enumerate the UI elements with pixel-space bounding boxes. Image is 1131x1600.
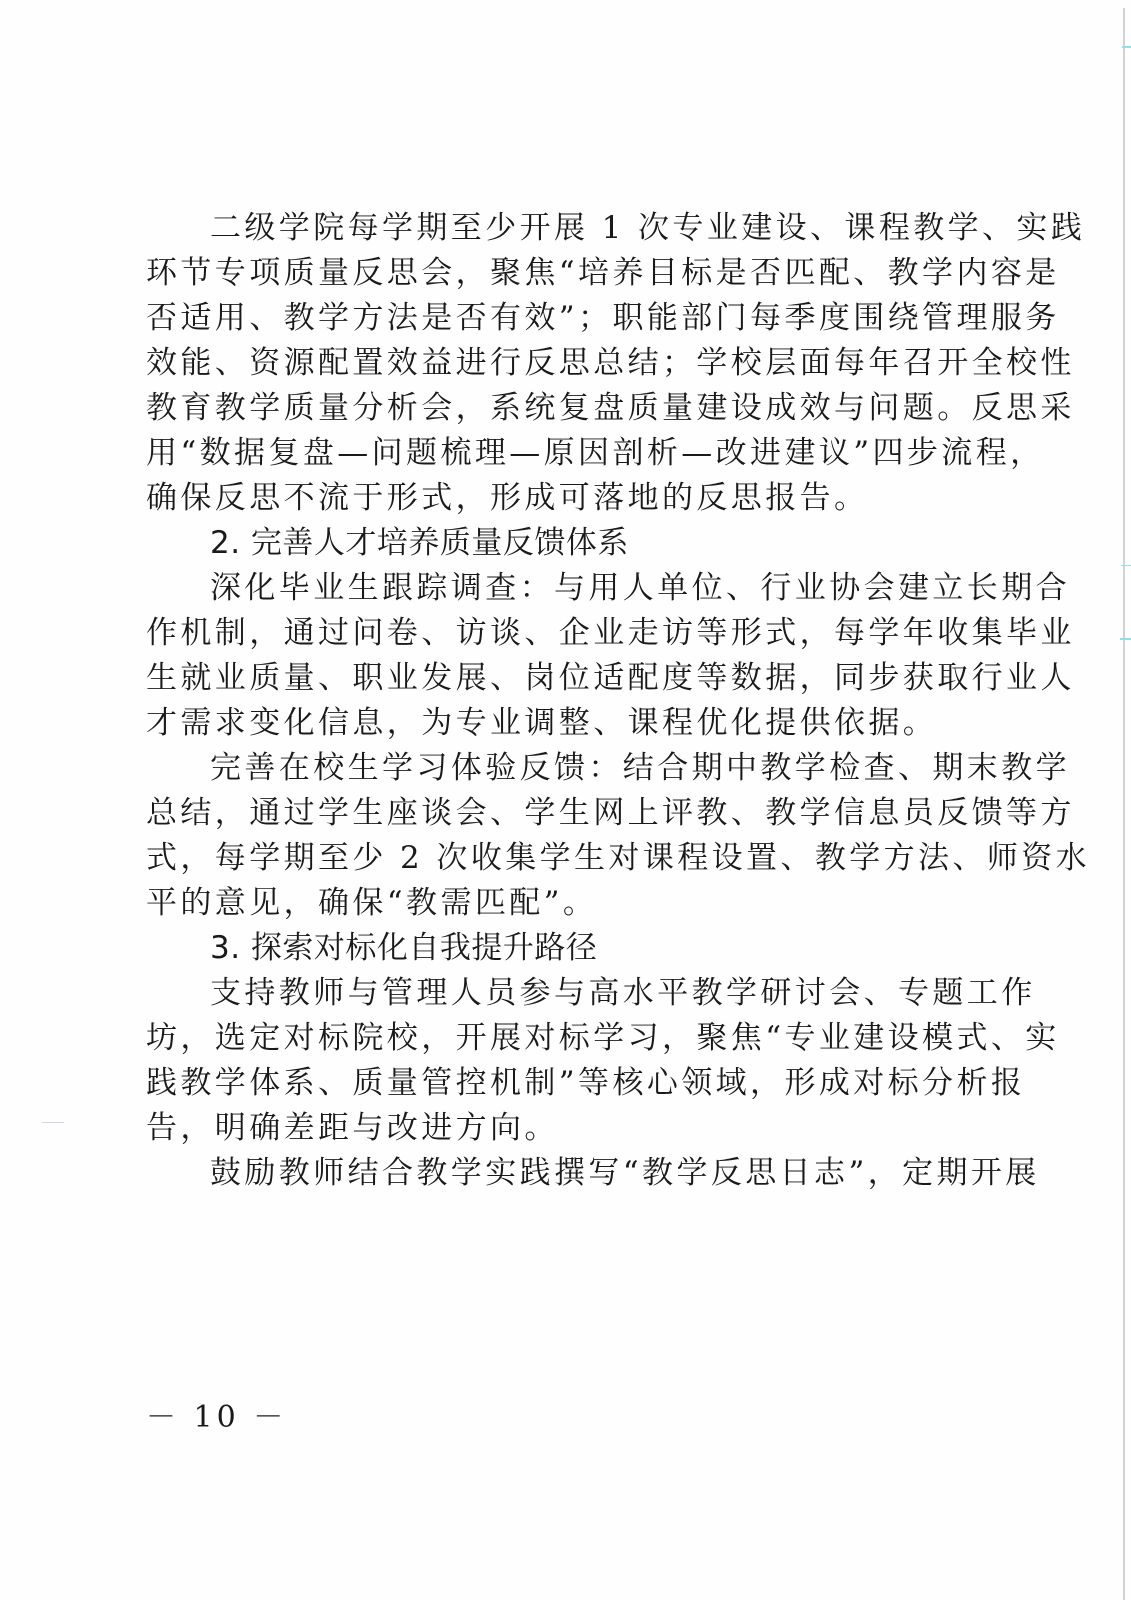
text-line: 总结，通过学生座谈会、学生网上评教、教学信息员反馈等方 — [146, 791, 976, 836]
scan-mark — [42, 1122, 64, 1123]
document-body: 二级学院每学期至少开展 1 次专业建设、课程教学、实践 环节专项质量反思会，聚焦… — [146, 206, 976, 1196]
text-line: 确保反思不流于形式，形成可落地的反思报告。 — [146, 476, 976, 521]
document-page: 二级学院每学期至少开展 1 次专业建设、课程教学、实践 环节专项质量反思会，聚焦… — [0, 0, 1131, 1600]
text-line: 生就业质量、职业发展、岗位适配度等数据，同步获取行业人 — [146, 656, 976, 701]
scan-edge-tick — [1120, 638, 1131, 640]
text-line: 效能、资源配置效益进行反思总结；学校层面每年召开全校性 — [146, 341, 976, 386]
text-line: 作机制，通过问卷、访谈、企业走访等形式，每学年收集毕业 — [146, 611, 976, 656]
scan-edge-tick — [1121, 565, 1131, 566]
text-line: 用“数据复盘—问题梳理—原因剖析—改进建议”四步流程， — [146, 431, 976, 476]
text-line: 坊，选定对标院校，开展对标学习，聚焦“专业建设模式、实 — [146, 1016, 976, 1061]
text-line: 二级学院每学期至少开展 1 次专业建设、课程教学、实践 — [146, 206, 976, 251]
text-line: 否适用、教学方法是否有效”；职能部门每季度围绕管理服务 — [146, 296, 976, 341]
text-line: 鼓励教师结合教学实践撰写“教学反思日志”，定期开展 — [146, 1151, 976, 1196]
text-line: 才需求变化信息，为专业调整、课程优化提供依据。 — [146, 701, 976, 746]
text-line: 深化毕业生跟踪调查：与用人单位、行业协会建立长期合 — [146, 566, 976, 611]
text-line: 完善在校生学习体验反馈：结合期中教学检查、期末教学 — [146, 746, 976, 791]
text-line: 教育教学质量分析会，系统复盘质量建设成效与问题。反思采 — [146, 386, 976, 431]
paragraph: 深化毕业生跟踪调查：与用人单位、行业协会建立长期合 作机制，通过问卷、访谈、企业… — [146, 566, 976, 746]
scan-edge-tick — [1122, 46, 1131, 48]
paragraph: 鼓励教师结合教学实践撰写“教学反思日志”，定期开展 — [146, 1151, 976, 1196]
text-line: 告，明确差距与改进方向。 — [146, 1106, 976, 1151]
text-line: 平的意见，确保“教需匹配”。 — [146, 881, 976, 926]
section-heading: 3. 探索对标化自我提升路径 — [146, 926, 976, 971]
scan-edge-line — [1123, 8, 1125, 1600]
text-line: 环节专项质量反思会，聚焦“培养目标是否匹配、教学内容是 — [146, 251, 976, 296]
paragraph: 完善在校生学习体验反馈：结合期中教学检查、期末教学 总结，通过学生座谈会、学生网… — [146, 746, 976, 926]
text-line: 式，每学期至少 2 次收集学生对课程设置、教学方法、师资水 — [146, 836, 976, 881]
paragraph: 支持教师与管理人员参与高水平教学研讨会、专题工作 坊，选定对标院校，开展对标学习… — [146, 971, 976, 1151]
paragraph: 二级学院每学期至少开展 1 次专业建设、课程教学、实践 环节专项质量反思会，聚焦… — [146, 206, 976, 521]
section-heading: 2. 完善人才培养质量反馈体系 — [146, 521, 976, 566]
text-line: 践教学体系、质量管控机制”等核心领域，形成对标分析报 — [146, 1061, 976, 1106]
page-number: － 10 － — [146, 1398, 287, 1438]
text-line: 支持教师与管理人员参与高水平教学研讨会、专题工作 — [146, 971, 976, 1016]
